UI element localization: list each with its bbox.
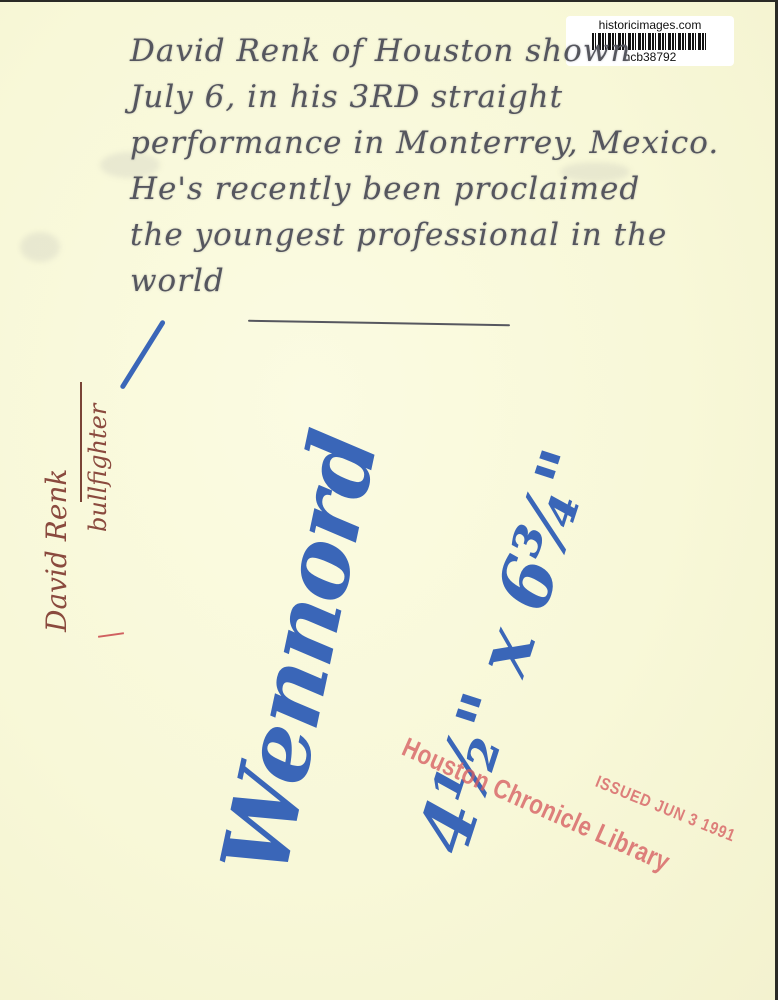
note-line: the youngest professional in the bbox=[130, 212, 730, 258]
smudge bbox=[20, 232, 60, 262]
caption-role: bullfighter bbox=[84, 404, 112, 532]
note-line: world bbox=[130, 258, 730, 304]
note-line: David Renk of Houston shown bbox=[130, 28, 730, 74]
photo-back: historicimages.com hcb38792 David Renk o… bbox=[0, 2, 775, 1000]
caption-rule bbox=[80, 382, 82, 502]
note-line: He's recently been proclaimed bbox=[130, 166, 730, 212]
red-mark bbox=[98, 632, 124, 638]
blue-stroke bbox=[119, 319, 166, 389]
subject-caption: David Renk bullfighter bbox=[40, 469, 73, 632]
grease-pencil-word: Wennord bbox=[200, 423, 399, 884]
pencil-underline bbox=[248, 320, 510, 327]
handwritten-note: David Renk of Houston shown July 6, in h… bbox=[130, 28, 730, 304]
note-line: performance in Monterrey, Mexico. bbox=[130, 120, 730, 166]
note-line: July 6, in his 3RD straight bbox=[130, 74, 730, 120]
caption-name: David Renk bbox=[40, 469, 73, 632]
